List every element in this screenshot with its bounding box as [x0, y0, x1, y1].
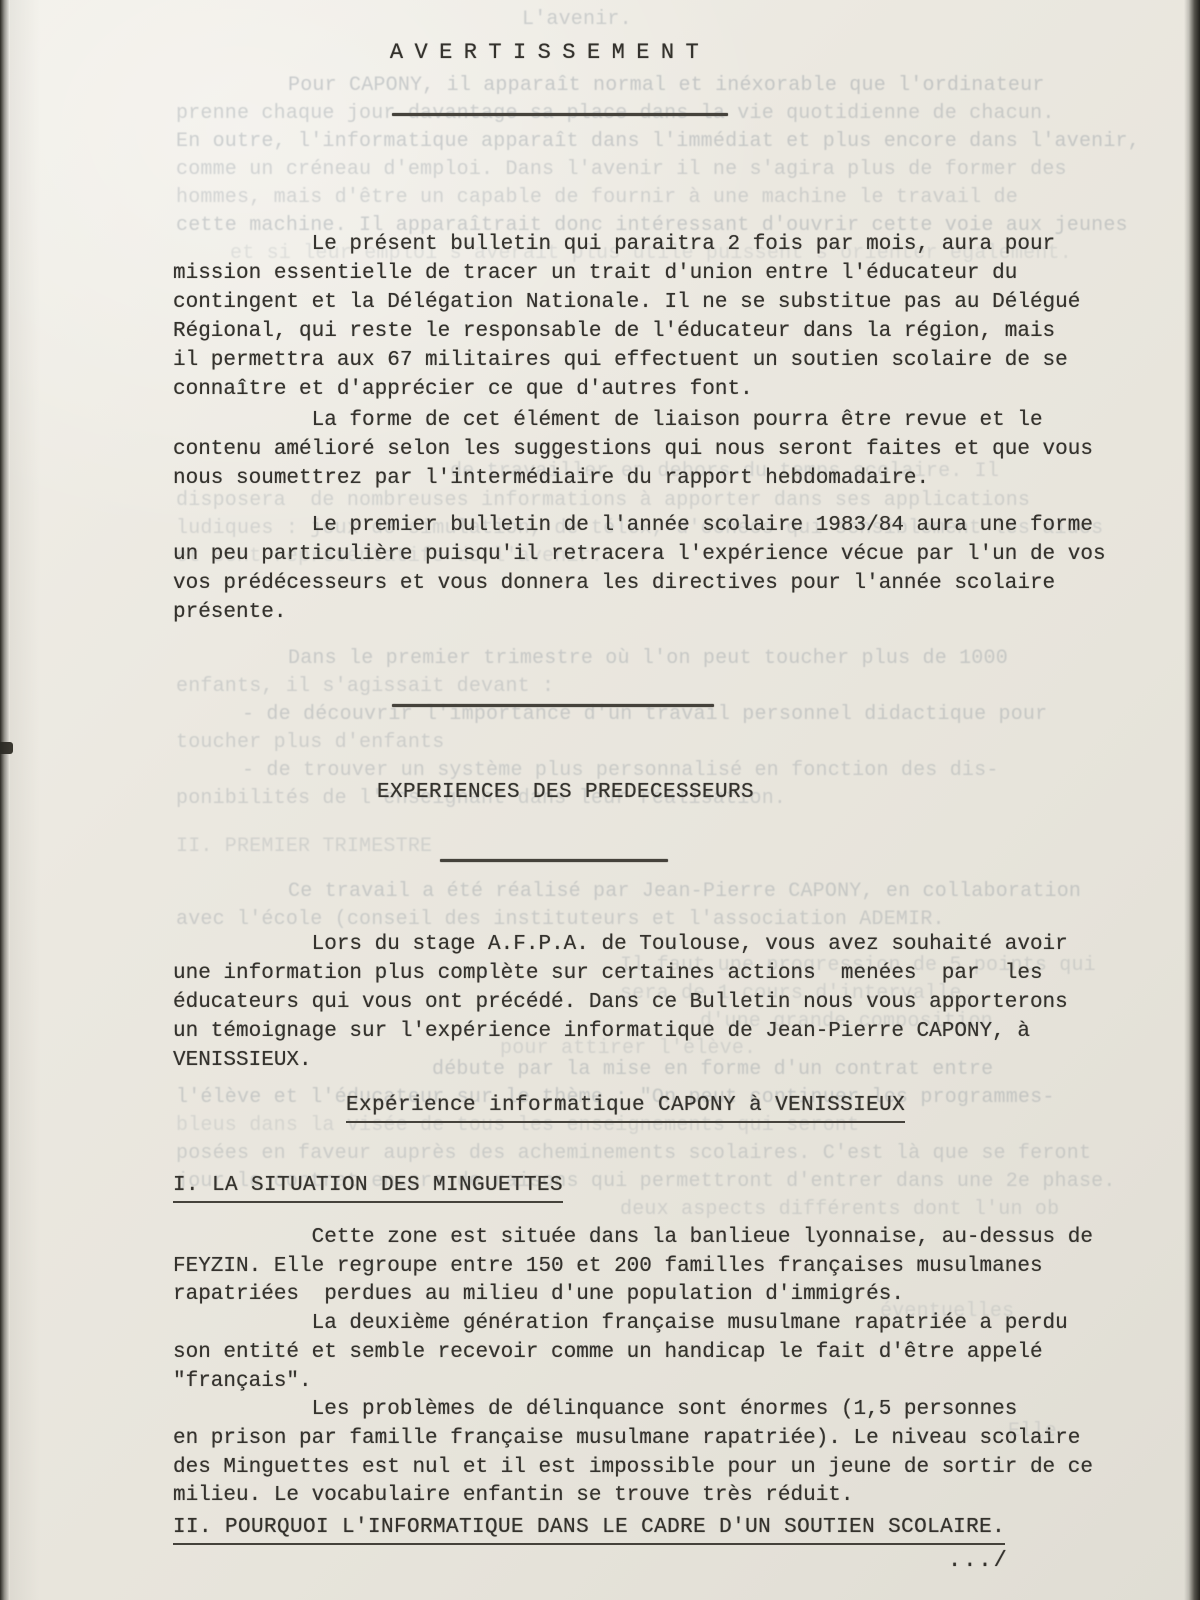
section-heading-2: II. POURQUOI L'INFORMATIQUE DANS LE CADR… — [173, 1516, 1005, 1539]
intro-paragraph-1: Le présent bulletin qui paraitra 2 fois … — [173, 230, 1163, 404]
section-divider-rule-bottom — [440, 859, 668, 862]
intro-paragraph-2: La forme de cet élément de liaison pourr… — [173, 406, 1163, 493]
ghost-text-line: enfants, il s'agissait devant : — [176, 673, 554, 701]
experience-subheading: Expérience informatique CAPONY à VENISSI… — [346, 1094, 905, 1117]
ghost-text-line: hommes, mais d'être un capable de fourni… — [176, 184, 1018, 212]
situation-paragraphs: Cette zone est située dans la banlieue l… — [173, 1224, 1163, 1511]
ghost-text-line: deux aspects différents dont l'un ob — [620, 1196, 1059, 1224]
section-heading-1-text: I. LA SITUATION DES MINGUETTES — [173, 1174, 563, 1203]
section-divider-rule-top — [392, 704, 714, 707]
ghost-text-line: toucher plus d'enfants — [176, 729, 444, 757]
continuation-mark: .../ — [948, 1548, 1009, 1573]
title-underline-rule — [392, 113, 728, 116]
ghost-text-line: Ce travail a été réalisé par Jean-Pierre… — [288, 878, 1081, 906]
ghost-text-line: II. PREMIER TRIMESTRE — [176, 833, 432, 861]
section-heading-1: I. LA SITUATION DES MINGUETTES — [173, 1174, 563, 1197]
ghost-text-line: L'avenir. — [522, 6, 632, 34]
document-title: AVERTISSEMENT — [170, 40, 930, 65]
experiences-heading: EXPERIENCES DES PREDECESSEURS — [377, 781, 754, 804]
experience-subheading-text: Expérience informatique CAPONY à VENISSI… — [346, 1094, 905, 1123]
intro-paragraph-3: Le premier bulletin de l'année scolaire … — [173, 511, 1163, 627]
ghost-text-line: En outre, l'informatique apparaît dans l… — [176, 128, 1140, 156]
experiences-paragraph: Lors du stage A.F.P.A. de Toulouse, vous… — [173, 930, 1163, 1075]
ghost-text-line: comme un créneau d'emploi. Dans l'avenir… — [176, 156, 1067, 184]
ghost-text-line: posées en faveur auprès des acheminement… — [176, 1140, 1091, 1168]
ghost-text-line: Dans le premier trimestre où l'on peut t… — [288, 645, 1008, 673]
section-heading-2-text: II. POURQUOI L'INFORMATIQUE DANS LE CADR… — [173, 1516, 1005, 1545]
ghost-text-line: Pour CAPONY, il apparaît normal et inéxo… — [288, 72, 1045, 100]
scanned-page: L'avenir.Pour CAPONY, il apparaît normal… — [0, 0, 1200, 1600]
